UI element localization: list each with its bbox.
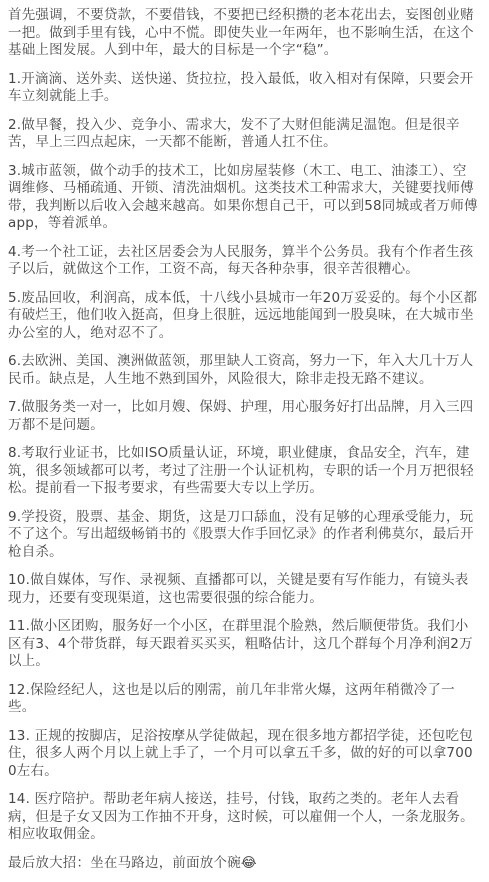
- list-item-3: 3.城市蓝领，做个动手的技术工，比如房屋装修（木工、电工、油漆工）、空调维修、马…: [8, 163, 479, 233]
- article-body: 首先强调，不要贷款，不要借钱，不要把已经积攒的老本花出去，妄图创业赌一把。做到手…: [0, 0, 489, 882]
- list-item-13: 13. 正规的按脚店，足浴按摩从学徒做起，现在很多地方都招学徒，还包吃包住，很多…: [8, 728, 479, 781]
- list-item-14: 14. 医疗陪护。帮助老年病人接送，挂号，付钱，取药之类的。老年人去看病，但是子…: [8, 791, 479, 844]
- list-item-12: 12.保险经纪人，这也是以后的刚需，前几年非常火爆，这两年稍微冷了一些。: [8, 682, 479, 717]
- list-item-2: 2.做早餐，投入少、竞争小、需求大，发不了大财但能满足温饱。但是很辛苦，早上三四…: [8, 117, 479, 152]
- list-item-4: 4.考一个社工证，去社区居委会为人民服务，算半个公务员。我有个作者生孩子以后，就…: [8, 244, 479, 279]
- list-item-6: 6.去欧洲、美国、澳洲做蓝领，那里缺人工资高，努力一下，年入大几十万人民币。缺点…: [8, 353, 479, 388]
- closing-joke-paragraph: 最后放大招：坐在马路边，前面放个碗😂: [8, 855, 479, 873]
- list-item-1: 1.开滴滴、送外卖、送快递、货拉拉，投入最低，收入相对有保障，只要会开车立刻就能…: [8, 71, 479, 106]
- list-item-5: 5.废品回收，利润高，成本低，十八线小县城市一年20万妥妥的。每个小区都有破烂王…: [8, 290, 479, 343]
- list-item-11: 11.做小区团购，服务好一个小区，在群里混个脸熟，然后顺便带货。我们小区有3、4…: [8, 618, 479, 671]
- list-item-8: 8.考取行业证书，比如ISO质量认证，环境，职业健康，食品安全，汽车，建筑，很多…: [8, 445, 479, 498]
- list-item-9: 9.学投资，股票、基金、期货，这是刀口舔血，没有足够的心理承受能力，玩不了这个。…: [8, 509, 479, 562]
- list-item-7: 7.做服务类一对一，比如月嫂、保姆、护理，用心服务好打出品牌，月入三四万都不是问…: [8, 399, 479, 434]
- intro-paragraph: 首先强调，不要贷款，不要借钱，不要把已经积攒的老本花出去，妄图创业赌一把。做到手…: [8, 7, 479, 60]
- list-item-10: 10.做自媒体，写作、录视频、直播都可以，关键是要有写作能力，有镜头表现力，还要…: [8, 572, 479, 607]
